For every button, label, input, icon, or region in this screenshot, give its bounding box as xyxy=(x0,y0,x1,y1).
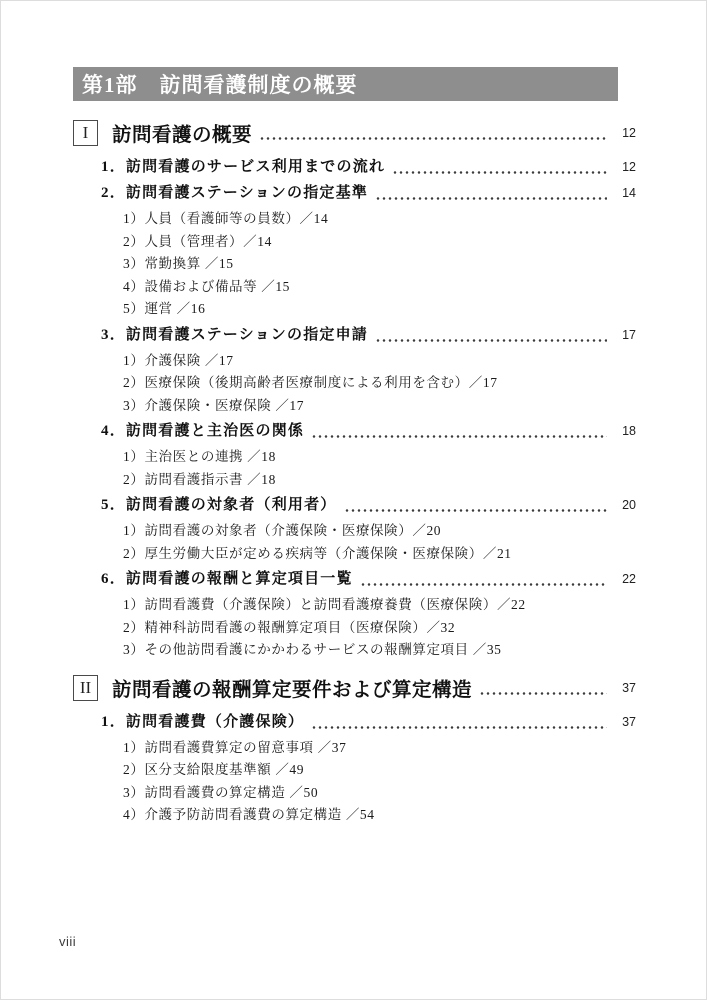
entry-label: 1．訪問看護費（介護保険） xyxy=(101,710,304,734)
toc-subentry: 1）訪問看護費算定の留意事項 ／37 xyxy=(73,737,636,760)
section-1-numeral-box: I xyxy=(73,120,98,146)
toc-subentry: 3）常勤換算 ／15 xyxy=(73,253,636,276)
page-number: 20 xyxy=(612,493,636,517)
toc-subentry: 2）厚生労働大臣が定める疾病等（介護保険・医療保険）／21 xyxy=(73,543,636,566)
toc-subentry: 4）設備および備品等 ／15 xyxy=(73,276,636,299)
toc-subentry: 1）人員（看護師等の員数）／14 xyxy=(73,208,636,231)
page-number: 14 xyxy=(612,181,636,205)
section-1-title: 訪問看護の概要 xyxy=(112,119,252,147)
page-number: 12 xyxy=(612,155,636,179)
dot-leader xyxy=(375,339,607,342)
book-toc-page: 第1部 訪問看護制度の概要 I 訪問看護の概要 12 1．訪問看護のサービス利用… xyxy=(0,0,707,1000)
toc-subentry: 1）訪問看護の対象者（介護保険・医療保険）／20 xyxy=(73,520,636,543)
toc-subentry: 3）介護保険・医療保険 ／17 xyxy=(73,395,636,418)
toc-subentry: 1）介護保険 ／17 xyxy=(73,350,636,373)
page-number: 18 xyxy=(612,419,636,443)
toc-subentry: 2）人員（管理者）／14 xyxy=(73,231,636,254)
section-2-title: 訪問看護の報酬算定要件および算定構造 xyxy=(112,674,472,702)
toc-entry: 3．訪問看護ステーションの指定申請 17 xyxy=(73,323,636,347)
toc-subentry: 5）運営 ／16 xyxy=(73,298,636,321)
toc-entry: 1．訪問看護費（介護保険） 37 xyxy=(73,710,636,734)
toc-subentry: 2）医療保険（後期高齢者医療制度による利用を含む）／17 xyxy=(73,372,636,395)
dot-leader xyxy=(479,692,607,695)
dot-leader xyxy=(392,171,607,174)
page-number: 37 xyxy=(612,681,636,695)
section-2-heading: II 訪問看護の報酬算定要件および算定構造 37 xyxy=(73,674,636,702)
dot-leader xyxy=(311,435,607,438)
entry-label: 4．訪問看護と主治医の関係 xyxy=(101,419,304,443)
toc-subentry: 1）訪問看護費（介護保険）と訪問看護療養費（医療保険）／22 xyxy=(73,594,636,617)
section-1-heading: I 訪問看護の概要 12 xyxy=(73,119,636,147)
entry-label: 5．訪問看護の対象者（利用者） xyxy=(101,493,337,517)
dot-leader xyxy=(375,197,607,200)
page-folio: viii xyxy=(59,934,76,949)
page-number: 22 xyxy=(612,567,636,591)
page-number: 17 xyxy=(612,323,636,347)
toc-subentry: 3）訪問看護費の算定構造 ／50 xyxy=(73,782,636,805)
toc-subentry: 2）区分支給限度基準額 ／49 xyxy=(73,759,636,782)
toc-subentry: 4）介護予防訪問看護費の算定構造 ／54 xyxy=(73,804,636,827)
toc-entry: 6．訪問看護の報酬と算定項目一覧 22 xyxy=(73,567,636,591)
toc-entry: 2．訪問看護ステーションの指定基準 14 xyxy=(73,181,636,205)
section-1-numeral: I xyxy=(83,123,89,143)
page-number: 12 xyxy=(612,126,636,140)
toc-subentry: 3）その他訪問看護にかかわるサービスの報酬算定項目 ／35 xyxy=(73,639,636,662)
dot-leader xyxy=(344,509,607,512)
entry-label: 3．訪問看護ステーションの指定申請 xyxy=(101,323,368,347)
section-2-numeral: II xyxy=(80,678,91,698)
section-2-numeral-box: II xyxy=(73,675,98,701)
toc-subentry: 1）主治医との連携 ／18 xyxy=(73,446,636,469)
dot-leader xyxy=(360,583,607,586)
page-number: 37 xyxy=(612,710,636,734)
entry-label: 2．訪問看護ステーションの指定基準 xyxy=(101,181,368,205)
toc-entry: 5．訪問看護の対象者（利用者） 20 xyxy=(73,493,636,517)
toc-subentry: 2）精神科訪問看護の報酬算定項目（医療保険）／32 xyxy=(73,617,636,640)
part-header-bar: 第1部 訪問看護制度の概要 xyxy=(73,67,618,101)
toc-entry: 1．訪問看護のサービス利用までの流れ 12 xyxy=(73,155,636,179)
dot-leader xyxy=(311,726,607,729)
toc-entry: 4．訪問看護と主治医の関係 18 xyxy=(73,419,636,443)
entry-label: 6．訪問看護の報酬と算定項目一覧 xyxy=(101,567,353,591)
toc-subentry: 2）訪問看護指示書 ／18 xyxy=(73,469,636,492)
dot-leader xyxy=(259,137,607,140)
toc-content: 第1部 訪問看護制度の概要 I 訪問看護の概要 12 1．訪問看護のサービス利用… xyxy=(73,67,636,827)
entry-label: 1．訪問看護のサービス利用までの流れ xyxy=(101,155,385,179)
part-header-title: 第1部 訪問看護制度の概要 xyxy=(82,69,358,99)
